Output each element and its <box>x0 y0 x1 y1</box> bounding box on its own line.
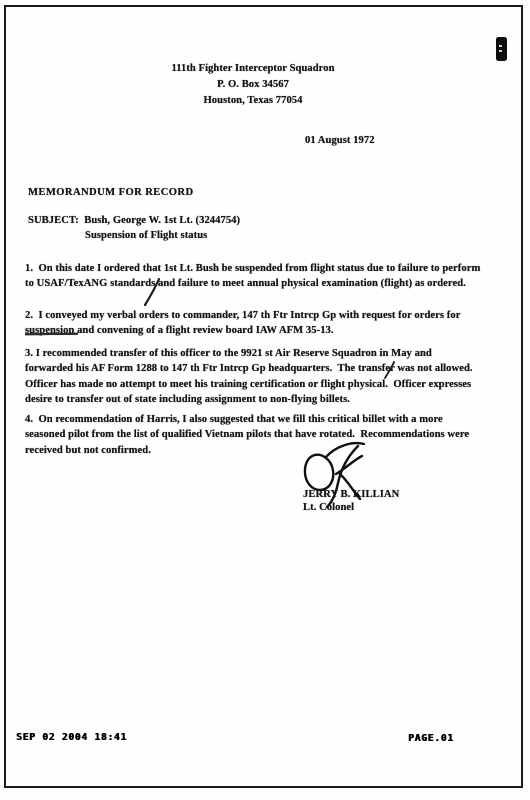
paragraph-1: 1. On this date I ordered that 1st Lt. B… <box>25 261 480 292</box>
paragraph-3-line: forwarded his AF Form 1288 to 147 th Ftr… <box>25 361 473 376</box>
paragraph-4: 4. On recommendation of Harris, I also s… <box>25 412 469 458</box>
signature-rank: Lt. Colonel <box>303 500 354 515</box>
paragraph-4-line: received but not confirmed. <box>25 443 469 458</box>
letterhead: 111th Fighter Interceptor Squadron P. O.… <box>0 61 506 110</box>
scan-artifact-blob <box>496 37 507 61</box>
letterhead-unit: 111th Fighter Interceptor Squadron <box>0 61 506 77</box>
paragraph-3: 3. I recommended transfer of this office… <box>25 346 473 408</box>
subject-label: SUBJECT: <box>28 215 79 226</box>
subject-line: SUBJECT: Bush, George W. 1st Lt. (324475… <box>28 213 240 228</box>
scan-artifact-speck <box>499 45 502 47</box>
paragraph-3-line: Officer has made no attempt to meet his … <box>25 377 473 392</box>
paragraph-2-line: suspension and convening of a flight rev… <box>25 323 460 338</box>
paragraph-2: 2. I conveyed my verbal orders to comman… <box>25 308 460 339</box>
scanned-memo-page: 111th Fighter Interceptor Squadron P. O.… <box>0 0 530 800</box>
paragraph-4-line: seasoned pilot from the list of qualifie… <box>25 427 469 442</box>
letterhead-city: Houston, Texas 77054 <box>0 93 506 109</box>
paragraph-3-line: desire to transfer out of state includin… <box>25 392 473 407</box>
scan-artifact-speck <box>499 50 502 52</box>
memo-date: 01 August 1972 <box>305 133 375 148</box>
subject-value: Bush, George W. 1st Lt. (3244754) <box>84 215 240 226</box>
paragraph-2-line: 2. I conveyed my verbal orders to comman… <box>25 308 460 323</box>
paragraph-4-line: 4. On recommendation of Harris, I also s… <box>25 412 469 427</box>
paragraph-3-line: 3. I recommended transfer of this office… <box>25 346 473 361</box>
fax-timestamp: SEP 02 2004 18:41 <box>16 732 127 743</box>
paragraph-1-line: 1. On this date I ordered that 1st Lt. B… <box>25 261 480 276</box>
fax-page-label: PAGE.01 <box>408 733 454 744</box>
memo-title: MEMORANDUM FOR RECORD <box>28 185 194 200</box>
letterhead-po-box: P. O. Box 34567 <box>0 77 506 93</box>
paragraph-1-line: to USAF/TexANG standards and failure to … <box>25 276 480 291</box>
subject-line-2: Suspension of Flight status <box>85 228 207 243</box>
